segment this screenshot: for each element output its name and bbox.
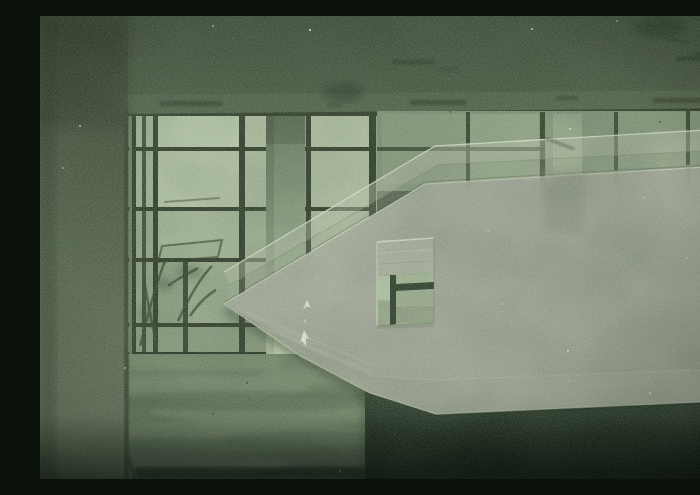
photograph [40, 16, 700, 479]
photo-effects [40, 16, 700, 479]
bottom-fade [40, 16, 700, 479]
